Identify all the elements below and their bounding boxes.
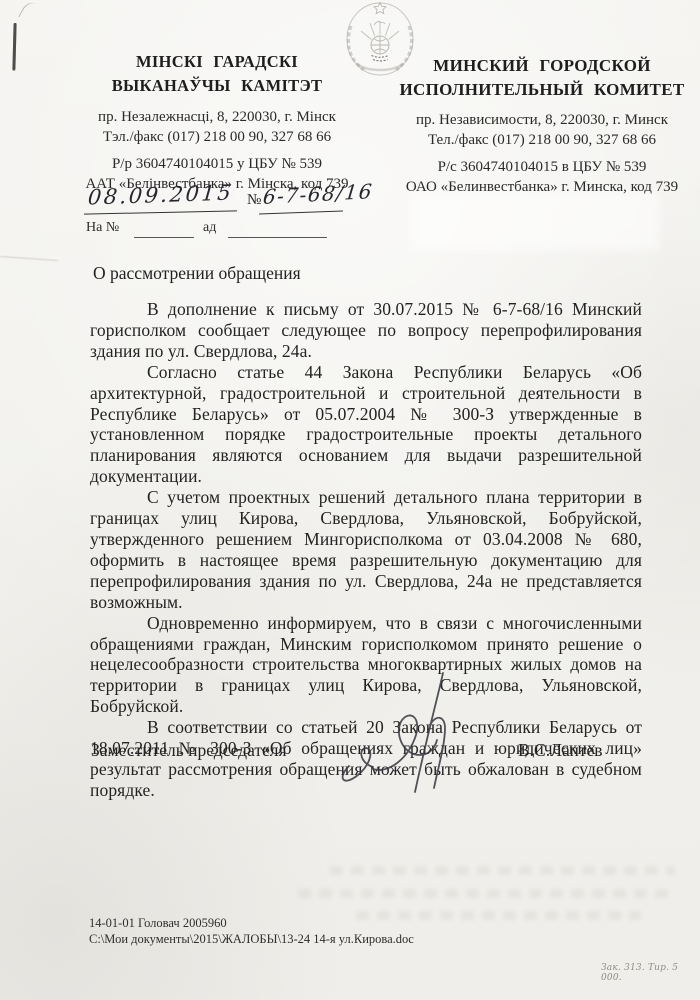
scanned-letter-page: МІНСКІ ГАРАДСКІ ВЫКАНАЎЧЫ КАМІТЭТ пр. Не… (0, 0, 700, 1000)
incoming-number-blank (134, 237, 194, 238)
org-name-by-line2: ВЫКАНАЎЧЫ КАМІТЭТ (60, 74, 374, 98)
bank-line-ru: ОАО «Белинвестбанка» г. Минска, код 739 (390, 177, 694, 197)
body-paragraph: В дополнение к письму от 30.07.2015 № 6-… (90, 299, 642, 362)
scan-light-patch (410, 191, 660, 251)
letter-subject: О рассмотрении обращения (93, 263, 301, 284)
org-name-ru-line1: МИНСКИЙ ГОРОДСКОЙ (390, 54, 694, 78)
number-underline (259, 211, 343, 215)
footer-block: 14-01-01 Головач 2005960 C:\Мои документ… (89, 916, 414, 947)
staple-mark (12, 23, 16, 70)
handwritten-signature (325, 668, 480, 800)
paper-crease (0, 256, 58, 261)
executor-line: 14-01-01 Головач 2005960 (89, 916, 414, 932)
account-line-by: Р/р 3604740104015 у ЦБУ № 539 (60, 154, 374, 174)
org-name-by-line1: МІНСКІ ГАРАДСКІ (60, 50, 374, 74)
print-run-note: Зак. 313. Тир. 5 000. (601, 963, 700, 983)
incoming-ref-label: На № (86, 220, 119, 236)
address-line-by: пр. Незалежнасці, 8, 220030, г. Мінск (60, 107, 374, 127)
org-name-ru-line2: ИСПОЛНИТЕЛЬНЫЙ КОМИТЕТ (390, 78, 694, 102)
signatory-name: В.С.Лаптев (518, 740, 603, 761)
signatory-title: Заместитель председателя (91, 740, 287, 761)
account-line-ru: Р/с 3604740104015 в ЦБУ № 539 (390, 157, 694, 177)
address-line-ru: пр. Независимости, 8, 220030, г. Минск (390, 110, 694, 130)
incoming-date-label: ад (203, 220, 216, 236)
phone-line-ru: Тел./факс (017) 218 00 90, 327 68 66 (390, 130, 694, 150)
date-underline (84, 210, 237, 214)
letterhead-russian: МИНСКИЙ ГОРОДСКОЙ ИСПОЛНИТЕЛЬНЫЙ КОМИТЕТ… (390, 54, 694, 197)
incoming-date-blank (228, 237, 327, 238)
body-paragraph: С учетом проектных решений детального пл… (90, 487, 642, 612)
body-paragraph: Согласно статье 44 Закона Республики Бел… (90, 362, 642, 487)
phone-line-by: Тэл./факс (017) 218 00 90, 327 68 66 (60, 127, 374, 147)
file-path-line: C:\Мои документы\2015\ЖАЛОБЫ\13-24 14-я … (89, 932, 414, 948)
paper-crease-mark (18, 0, 42, 25)
bleedthrough-text (330, 866, 675, 875)
bleedthrough-text (298, 889, 670, 898)
letterhead-belarusian: МІНСКІ ГАРАДСКІ ВЫКАНАЎЧЫ КАМІТЭТ пр. Не… (60, 50, 374, 194)
outgoing-date-handwritten: 08.09.2015 (87, 180, 234, 209)
outgoing-number-handwritten: 6-7-68/16 (262, 179, 374, 209)
number-sign-label: № (247, 192, 261, 209)
